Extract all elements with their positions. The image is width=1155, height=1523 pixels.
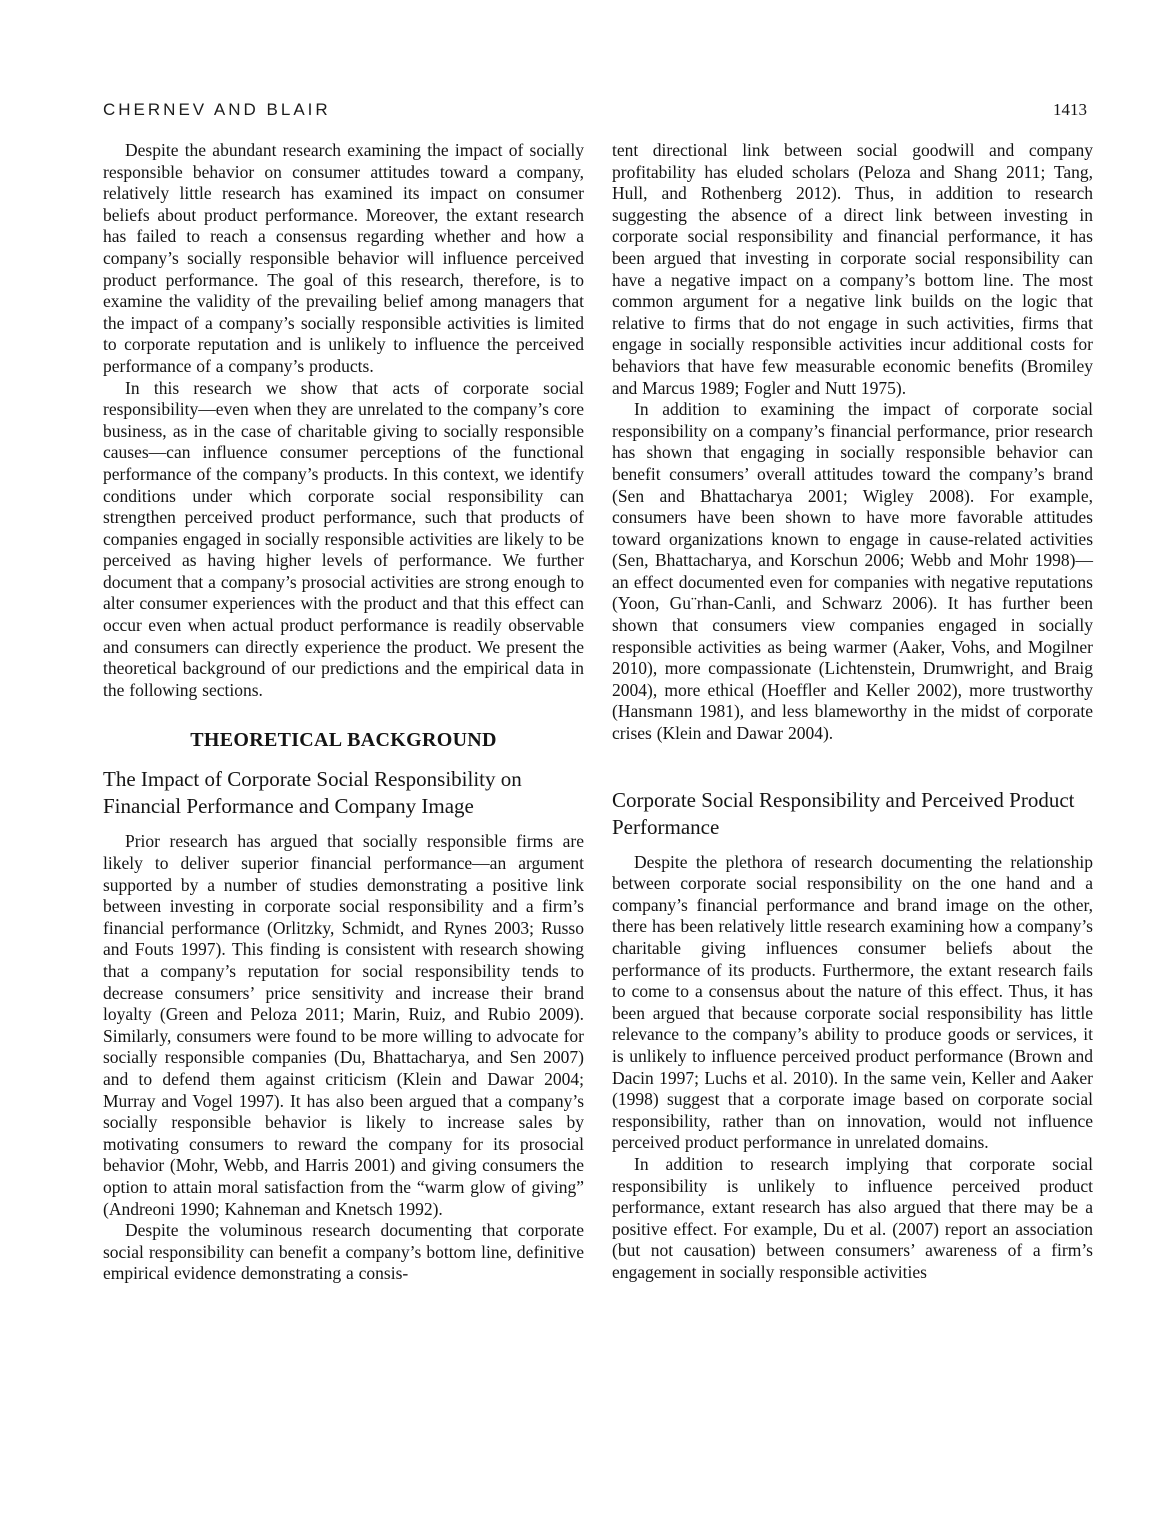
- paragraph-intro-2: In this research we show that acts of co…: [103, 378, 584, 702]
- paragraph-intro-1: Despite the abundant research examining …: [103, 140, 584, 378]
- paragraph-continuation-goodwill: tent directional link between social goo…: [612, 140, 1093, 399]
- paragraph-prior-research: Prior research has argued that socially …: [103, 831, 584, 1220]
- subsection-heading-impact-of-csr: The Impact of Corporate Social Responsib…: [103, 766, 584, 820]
- section-heading-theoretical-background: THEORETICAL BACKGROUND: [103, 728, 584, 752]
- left-column: Despite the abundant research examining …: [103, 140, 584, 1285]
- right-column: tent directional link between social goo…: [612, 140, 1093, 1285]
- paragraph-despite-plethora: Despite the plethora of research documen…: [612, 852, 1093, 1154]
- running-head: CHERNEV AND BLAIR: [103, 100, 331, 120]
- page-header: CHERNEV AND BLAIR 1413: [103, 100, 1087, 120]
- journal-page: CHERNEV AND BLAIR 1413 Despite the abund…: [0, 0, 1155, 1523]
- subsection-heading-csr-perceived-performance: Corporate Social Responsibility and Perc…: [612, 787, 1093, 841]
- paragraph-despite-voluminous: Despite the voluminous research document…: [103, 1220, 584, 1285]
- paragraph-in-addition-examining: In addition to examining the impact of c…: [612, 399, 1093, 745]
- page-number: 1413: [1053, 100, 1087, 120]
- paragraph-in-addition-positive-effect: In addition to research implying that co…: [612, 1154, 1093, 1284]
- two-column-body: Despite the abundant research examining …: [103, 140, 1093, 1285]
